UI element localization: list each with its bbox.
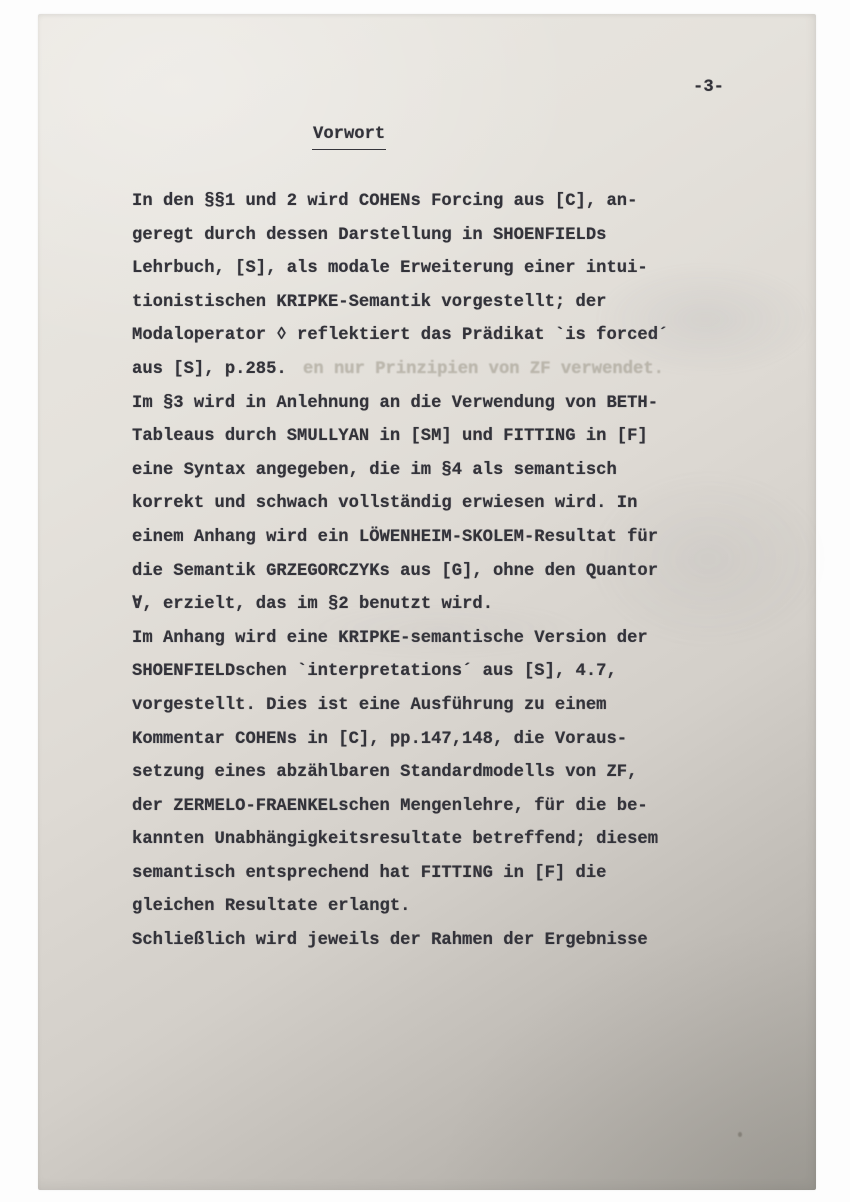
body-line: ∀, erzielt, das im §2 benutzt wird. <box>132 588 732 622</box>
body-line: Im §3 wird in Anlehnung an die Verwendun… <box>132 387 732 421</box>
body-line: Kommentar COHENs in [C], pp.147,148, die… <box>132 723 732 757</box>
body-line: gleichen Resultate erlangt. <box>132 890 732 924</box>
document-page: -3- Vorwort In den §§1 und 2 wird COHENs… <box>38 14 816 1190</box>
body-line: vorgestellt. Dies ist eine Ausführung zu… <box>132 689 732 723</box>
body-text: In den §§1 und 2 wird COHENs Forcing aus… <box>132 185 732 958</box>
body-line: Schließlich wird jeweils der Rahmen der … <box>132 924 732 958</box>
page-number: -3- <box>693 75 724 101</box>
body-line: die Semantik GRZEGORCZYKs aus [G], ohne … <box>132 555 732 589</box>
body-line: eine Syntax angegeben, die im §4 als sem… <box>132 454 732 488</box>
body-line: einem Anhang wird ein LÖWENHEIM-SKOLEM-R… <box>132 521 732 555</box>
body-line: In den §§1 und 2 wird COHENs Forcing aus… <box>132 185 732 219</box>
body-line: semantisch entsprechend hat FITTING in [… <box>132 857 732 891</box>
paper-speck <box>738 1132 742 1137</box>
body-line: Im Anhang wird eine KRIPKE-semantische V… <box>132 622 732 656</box>
body-line: Lehrbuch, [S], als modale Erweiterung ei… <box>132 252 732 286</box>
body-line: korrekt und schwach vollständig erwiesen… <box>132 487 732 521</box>
body-line: der ZERMELO-FRAENKELschen Mengenlehre, f… <box>132 790 732 824</box>
bleed-through-text: en nur Prinzipien von ZF verwendet. <box>303 353 664 387</box>
body-line: setzung eines abzählbaren Standardmodell… <box>132 756 732 790</box>
photo-background: -3- Vorwort In den §§1 und 2 wird COHENs… <box>0 0 850 1202</box>
body-line: kannten Unabhängigkeitsresultate betreff… <box>132 823 732 857</box>
body-line: geregt durch dessen Darstellung in SHOEN… <box>132 219 732 253</box>
body-line: Modaloperator ◊ reflektiert das Prädikat… <box>132 319 732 353</box>
section-heading: Vorwort <box>312 122 386 150</box>
body-line: tionistischen KRIPKE-Semantik vorgestell… <box>132 286 732 320</box>
body-line: Tableaus durch SMULLYAN in [SM] und FITT… <box>132 420 732 454</box>
body-line: SHOENFIELDschen `interpretations´ aus [S… <box>132 655 732 689</box>
